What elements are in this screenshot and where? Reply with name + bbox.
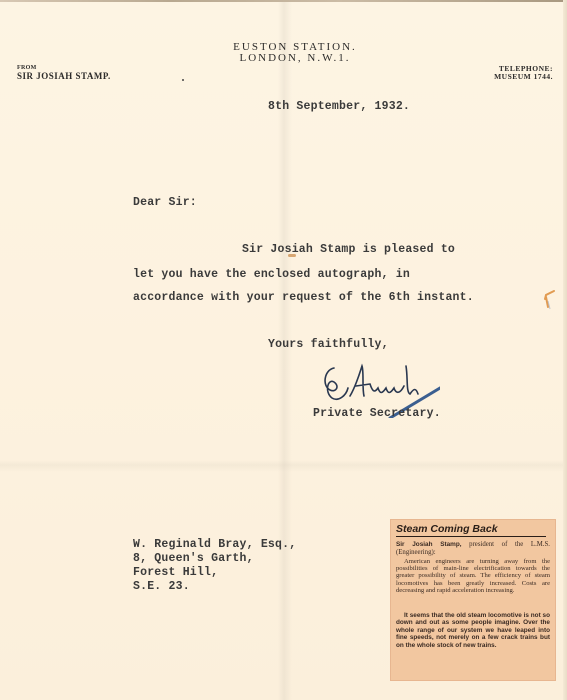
ink-dot: [182, 79, 184, 81]
signatory-title: Private Secretary.: [313, 407, 441, 420]
paper-right-edge: [563, 0, 567, 700]
clipping-intro-bold: Sir Josiah Stamp,: [396, 541, 462, 548]
letter-body-line1: Sir Josiah Stamp is pleased to: [242, 243, 455, 256]
letterhead-from-name: SIR JOSIAH STAMP.: [17, 71, 111, 81]
letterhead-address-line2: LONDON, N.W.1.: [200, 53, 390, 64]
newspaper-clipping: Steam Coming Back Sir Josiah Stamp, pres…: [391, 520, 555, 680]
letter-date: 8th September, 1932.: [268, 100, 410, 113]
recipient-line4: S.E. 23.: [133, 580, 190, 593]
clipping-headline: Steam Coming Back: [396, 523, 546, 537]
recipient-line3: Forest Hill,: [133, 566, 218, 579]
letter-body-line2: let you have the enclosed autograph, in: [133, 268, 410, 281]
rust-stain: [540, 287, 560, 311]
paper-top-edge: [0, 0, 567, 2]
clipping-paragraph1: American engineers are turning away from…: [396, 558, 550, 594]
letterhead-address: EUSTON STATION. LONDON, N.W.1.: [200, 42, 390, 64]
clipping-paragraph2: It seems that the old steam locomotive i…: [396, 612, 550, 649]
recipient-line1: W. Reginald Bray, Esq.,: [133, 538, 296, 551]
letter-salutation: Dear Sir:: [133, 196, 197, 209]
ink-smudge: [288, 254, 296, 257]
clipping-intro: Sir Josiah Stamp, president of the L.M.S…: [396, 541, 550, 556]
letter-body-line3: accordance with your request of the 6th …: [133, 291, 474, 304]
letter-closing: Yours faithfully,: [268, 338, 389, 351]
recipient-line2: 8, Queen's Garth,: [133, 552, 254, 565]
letterhead-telephone-number: MUSEUM 1744.: [494, 72, 553, 81]
